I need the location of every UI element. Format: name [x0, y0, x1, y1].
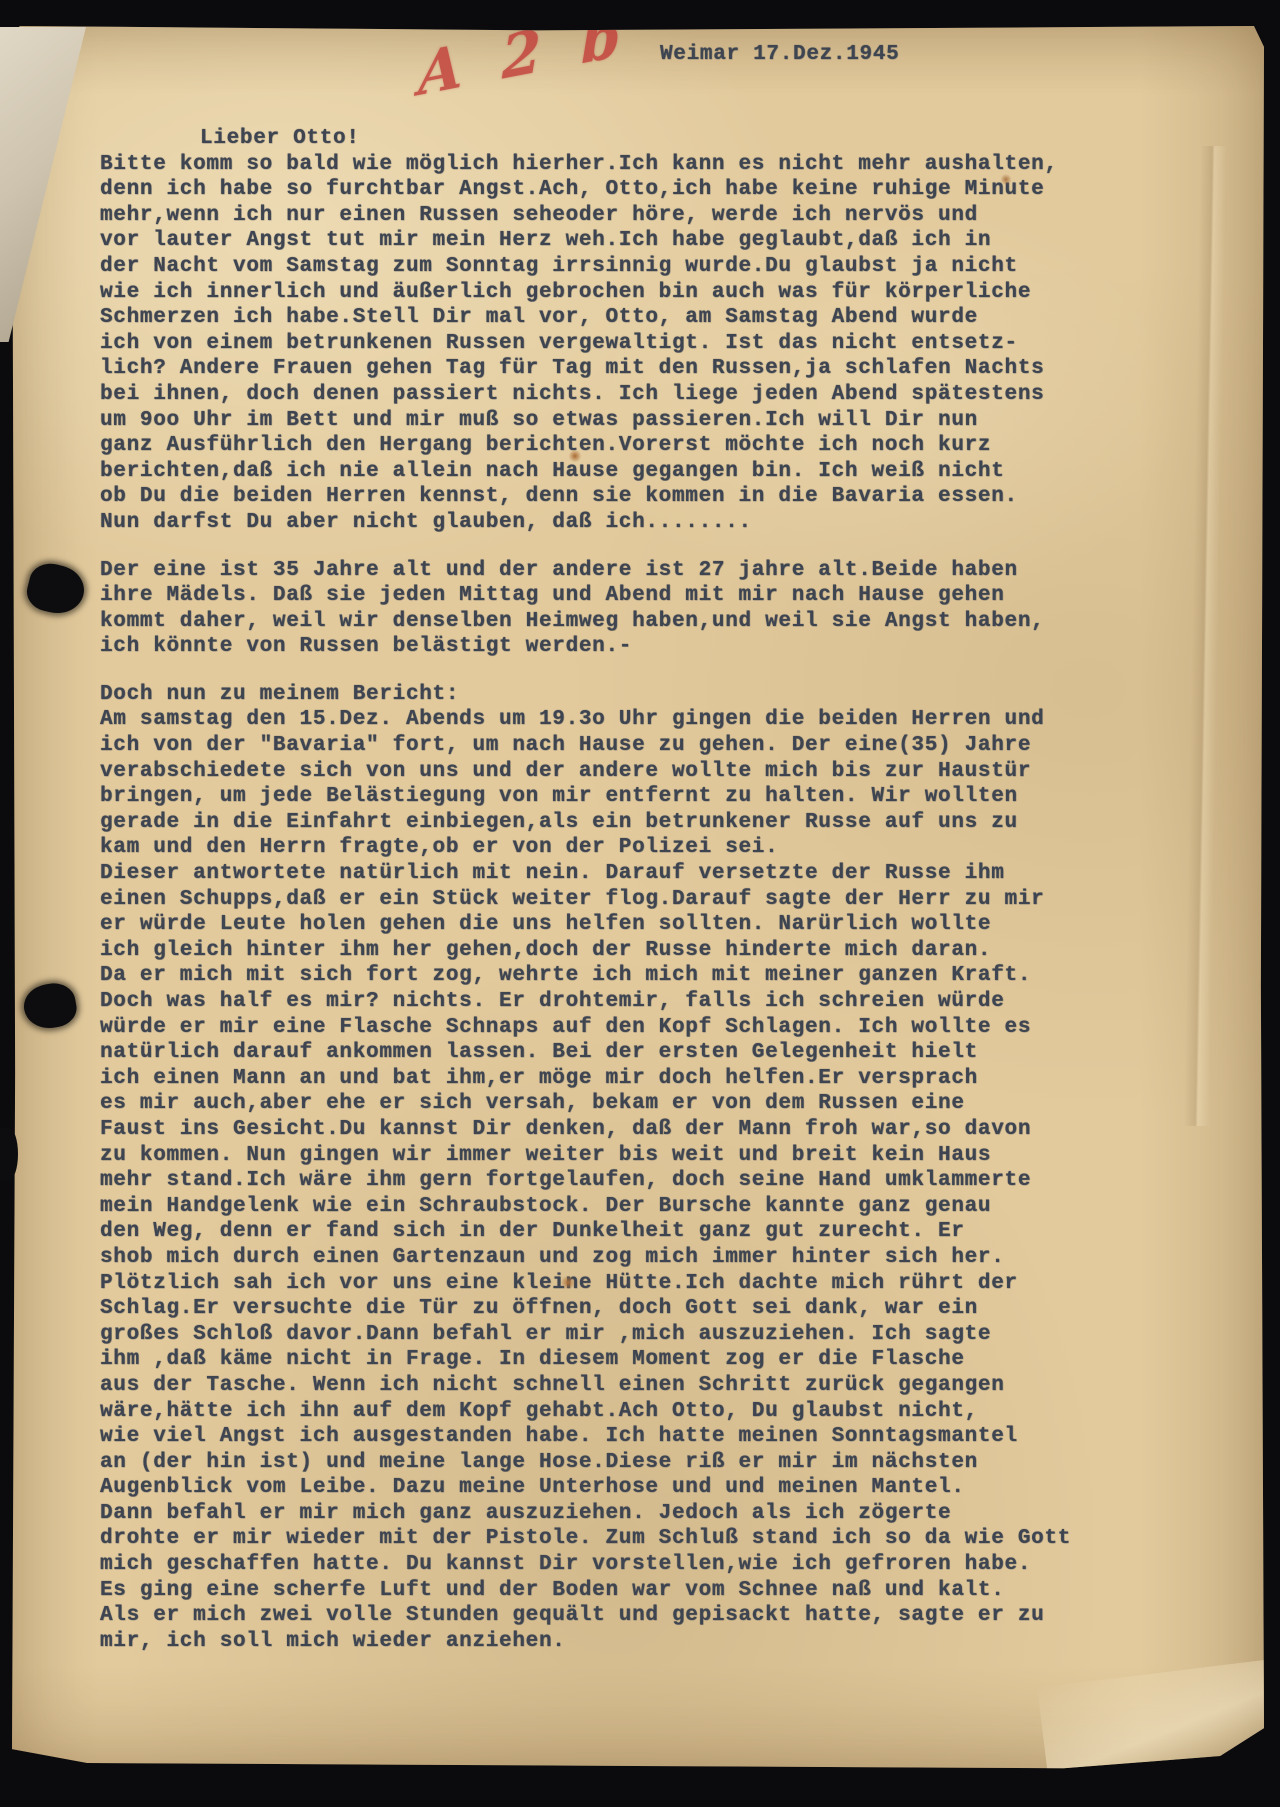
scan-edge-nick [0, 1128, 18, 1180]
dateline: Weimar 17.Dez.1945 [660, 42, 899, 68]
paragraph-1: Bitte komm so bald wie möglich hierher.I… [100, 152, 1110, 536]
salutation: Lieber Otto! [200, 126, 1110, 152]
paper-fold-sheen [1037, 1655, 1280, 1782]
scanned-letter: A 2 b Weimar 17.Dez.1945 Lieber Otto! Bi… [0, 0, 1280, 1807]
paragraph-3: Doch nun zu meinem Bericht: Am samstag d… [100, 682, 1110, 1655]
paragraph-2: Der eine ist 35 Jahre alt und der andere… [100, 558, 1110, 660]
paper-sheet: A 2 b Weimar 17.Dez.1945 Lieber Otto! Bi… [12, 26, 1264, 1770]
red-pencil-annotation: A 2 b [417, 0, 631, 109]
letter-body: Lieber Otto! Bitte komm so bald wie mögl… [100, 126, 1110, 1654]
paper-crease [1183, 146, 1226, 1126]
